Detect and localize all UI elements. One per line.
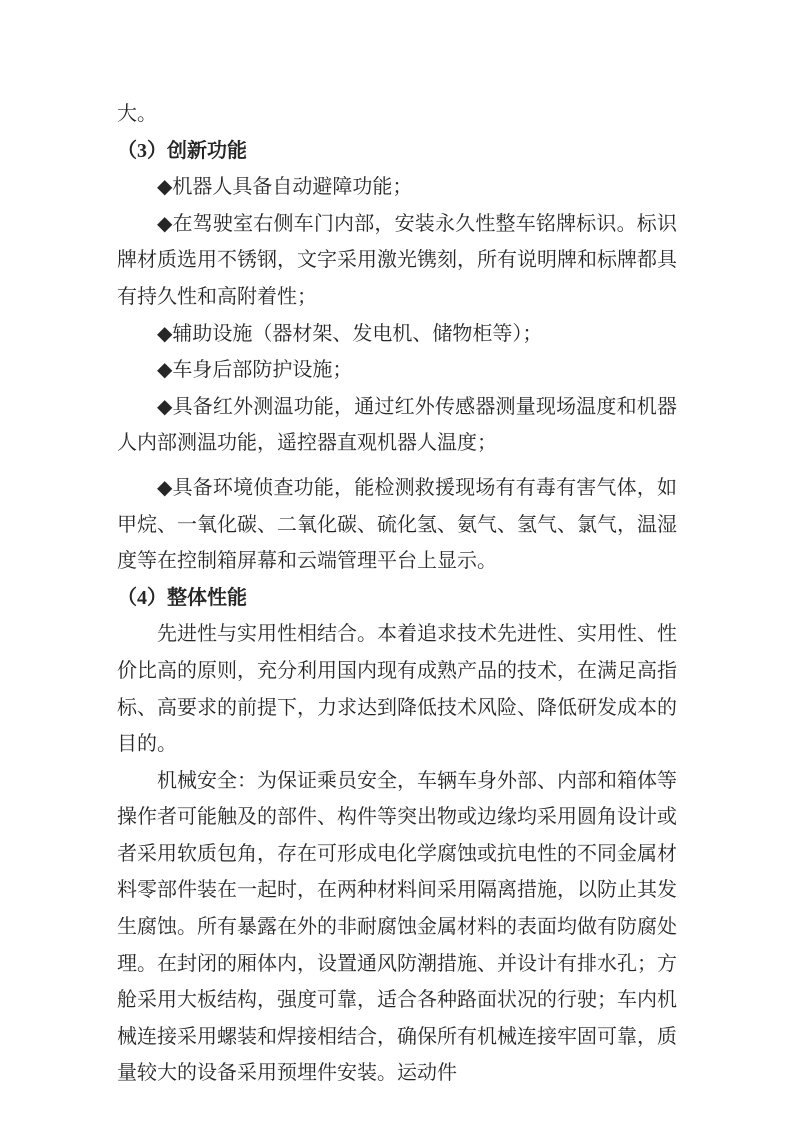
document-page: 大。（3）创新功能◆机器人具备自动避障功能；◆在驾驶室右侧车门内部，安装永久性整… [0,0,794,1123]
paragraph: ◆具备环境侦查功能，能检测救援现场有有毒有害气体，如甲烷、一氧化碳、二氧化碳、硫… [117,470,677,580]
paragraph: ◆具备红外测温功能，通过红外传感器测量现场温度和机器人内部测温功能，遥控器直观机… [117,389,677,462]
paragraph: 大。 [117,96,677,133]
section-heading: （3）创新功能 [117,133,677,170]
paragraph: 机械安全：为保证乘员安全，车辆车身外部、内部和箱体等操作者可能触及的部件、构件等… [117,763,677,1092]
paragraph: ◆车身后部防护设施； [117,352,677,389]
paragraph: ◆辅助设施（器材架、发电机、储物柜等）； [117,316,677,353]
paragraph: ◆在驾驶室右侧车门内部，安装永久性整车铭牌标识。标识牌材质选用不锈钢，文字采用激… [117,206,677,316]
document-content: 大。（3）创新功能◆机器人具备自动避障功能；◆在驾驶室右侧车门内部，安装永久性整… [117,96,677,1092]
paragraph: 先进性与实用性相结合。本着追求技术先进性、实用性、性价比高的原则，充分利用国内现… [117,616,677,762]
paragraph: ◆机器人具备自动避障功能； [117,169,677,206]
section-heading: （4）整体性能 [117,580,677,617]
